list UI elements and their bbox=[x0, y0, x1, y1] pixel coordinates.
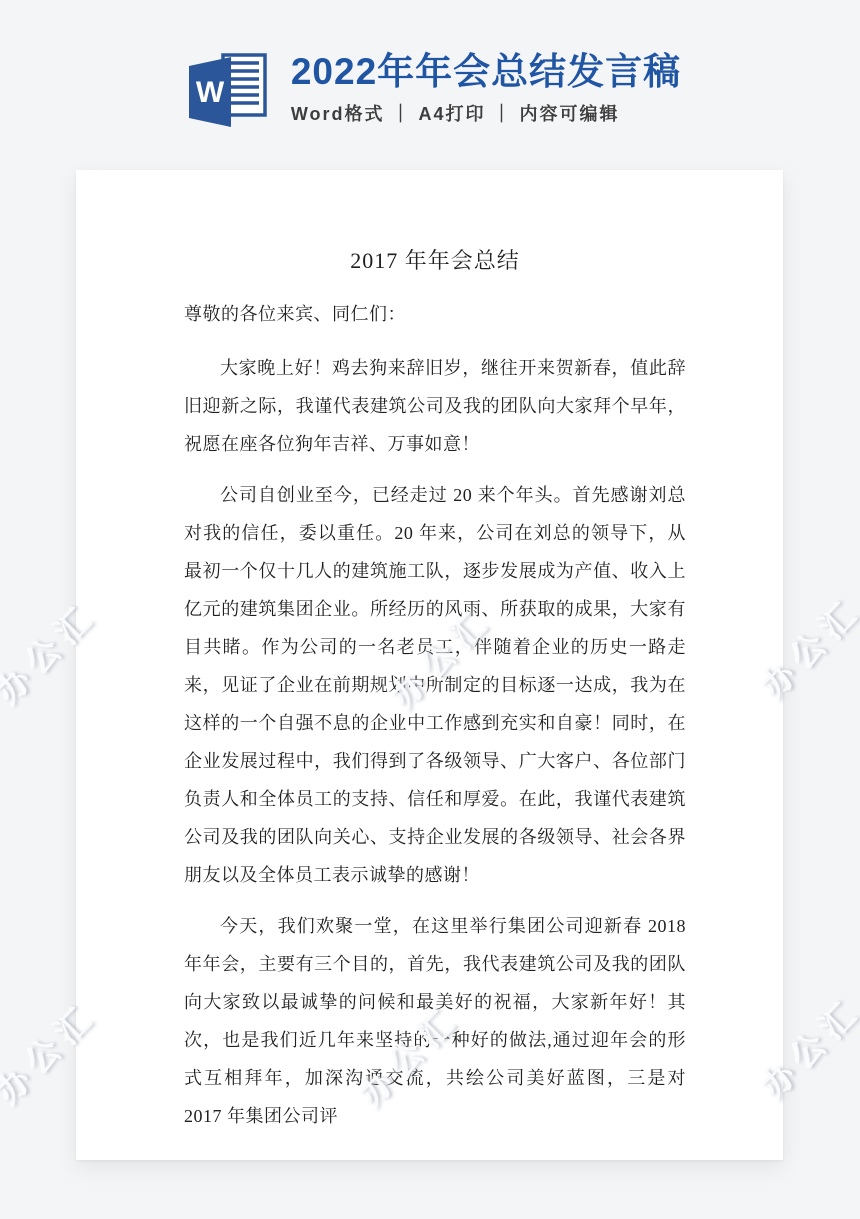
page: W 2022年年会总结发言稿 Word格式 ｜ A4打印 ｜ 内容可编辑 201… bbox=[0, 0, 860, 1219]
page-subtitle: Word格式 ｜ A4打印 ｜ 内容可编辑 bbox=[291, 100, 681, 126]
document-paragraph: 今天，我们欢聚一堂，在这里举行集团公司迎新春 2018 年年会，主要有三个目的，… bbox=[184, 907, 686, 1135]
header: W 2022年年会总结发言稿 Word格式 ｜ A4打印 ｜ 内容可编辑 bbox=[0, 50, 860, 128]
header-text: 2022年年会总结发言稿 Word格式 ｜ A4打印 ｜ 内容可编辑 bbox=[291, 50, 681, 126]
document-greeting: 尊敬的各位来宾、同仁们： bbox=[184, 295, 686, 333]
word-icon-letter: W bbox=[196, 76, 225, 109]
document-content: 2017 年年会总结 尊敬的各位来宾、同仁们： 大家晚上好！鸡去狗来辞旧岁，继往… bbox=[184, 242, 686, 1148]
page-title: 2022年年会总结发言稿 bbox=[291, 50, 681, 94]
document-paragraph: 公司自创业至今，已经走过 20 来个年头。首先感谢刘总对我的信任，委以重任。20… bbox=[184, 476, 686, 894]
document-paper: 2017 年年会总结 尊敬的各位来宾、同仁们： 大家晚上好！鸡去狗来辞旧岁，继往… bbox=[76, 170, 783, 1160]
document-title: 2017 年年会总结 bbox=[184, 242, 686, 280]
word-file-icon: W bbox=[179, 50, 271, 128]
word-icon: W bbox=[179, 50, 271, 128]
document-paragraph: 大家晚上好！鸡去狗来辞旧岁，继往开来贺新春，值此辞旧迎新之际，我谨代表建筑公司及… bbox=[184, 349, 686, 463]
